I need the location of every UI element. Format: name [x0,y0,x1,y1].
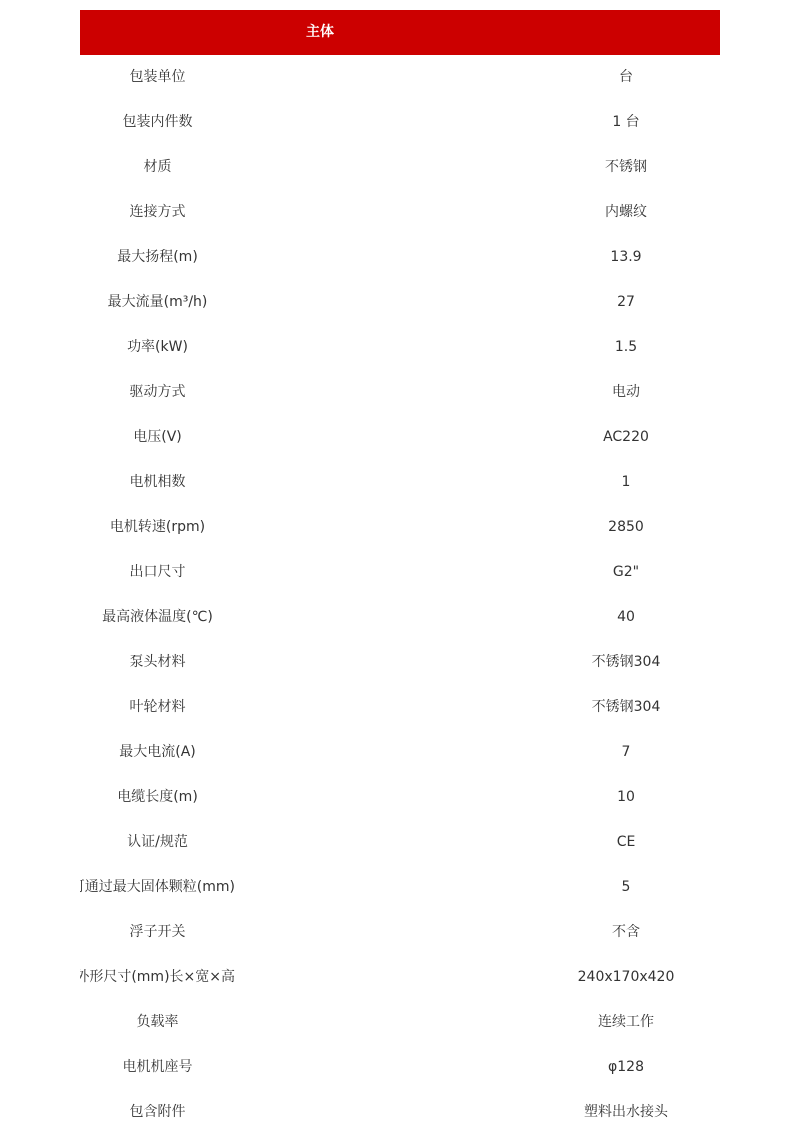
spec-label: 包装内件数 [80,100,235,145]
spec-value: AC220 [566,415,686,460]
spec-label-text: 泵头材料 [130,654,186,670]
table-row: 最大电流(A)7 [80,730,720,775]
spec-label: 电缆长度(m) [80,775,235,820]
table-row: 电机相数1 [80,460,720,505]
table-row: 浮子开关不含 [80,910,720,955]
table-row: 电压(V)AC220 [80,415,720,460]
spec-label: 电机相数 [80,460,235,505]
table-row: 功率(kW)1.5 [80,325,720,370]
table-row: 电缆长度(m)10 [80,775,720,820]
spec-label-text: 浮子开关 [130,924,186,940]
table-row: 最大流量(m³/h)27 [80,280,720,325]
spec-label-text: 可通过最大固体颗粒(mm) [80,879,235,895]
table-body: 包装单位台包装内件数1 台材质不锈钢连接方式内螺纹最大扬程(m)13.9最大流量… [80,55,720,1135]
spec-label-text: 最大扬程(m) [117,249,198,265]
spec-value: 不锈钢304 [566,640,686,685]
spec-label: 包装单位 [80,55,235,100]
table-row: 包装单位台 [80,55,720,100]
spec-label: 包含附件 [80,1090,235,1135]
spec-label: 功率(kW) [80,325,235,370]
spec-label: 泵头材料 [80,640,235,685]
spec-table: 主体 包装单位台包装内件数1 台材质不锈钢连接方式内螺纹最大扬程(m)13.9最… [80,10,720,1135]
spec-value: 13.9 [566,235,686,280]
spec-label-text: 电缆长度(m) [117,789,198,805]
spec-label: 最高液体温度(℃) [80,595,235,640]
spec-label: 连接方式 [80,190,235,235]
table-row: 驱动方式电动 [80,370,720,415]
spec-value: 27 [566,280,686,325]
spec-label: 浮子开关 [80,910,235,955]
spec-label: 驱动方式 [80,370,235,415]
table-row: 电机转速(rpm)2850 [80,505,720,550]
spec-label: 可通过最大固体颗粒(mm) [80,865,235,910]
spec-value: 10 [566,775,686,820]
table-row: 出口尺寸G2" [80,550,720,595]
table-row: 认证/规范CE [80,820,720,865]
spec-value: 不含 [566,910,686,955]
table-row: 连接方式内螺纹 [80,190,720,235]
spec-value: 1 台 [566,100,686,145]
spec-value: 40 [566,595,686,640]
spec-label-text: 最大流量(m³/h) [108,294,208,310]
spec-label: 叶轮材料 [80,685,235,730]
spec-label: 出口尺寸 [80,550,235,595]
spec-label-text: 电机相数 [130,474,186,490]
spec-label: 最大电流(A) [80,730,235,775]
spec-value: G2" [566,550,686,595]
spec-label-text: 最高液体温度(℃) [102,609,213,625]
spec-label-text: 包装内件数 [123,114,193,130]
spec-value: 1.5 [566,325,686,370]
spec-value: φ128 [566,1045,686,1090]
spec-label-text: 叶轮材料 [130,699,186,715]
table-row: 包装内件数1 台 [80,100,720,145]
spec-label-text: 连接方式 [130,204,186,220]
spec-label: 电机转速(rpm) [80,505,235,550]
spec-label-text: 电机机座号 [123,1059,193,1075]
spec-label: 电机机座号 [80,1045,235,1090]
spec-label-text: 认证/规范 [127,834,188,850]
table-row: 包含附件塑料出水接头 [80,1090,720,1135]
spec-label: 认证/规范 [80,820,235,865]
spec-value: 不锈钢 [566,145,686,190]
spec-label-text: 出口尺寸 [130,564,186,580]
table-row: 外形尺寸(mm)长×宽×高240x170x420 [80,955,720,1000]
spec-value: 1 [566,460,686,505]
spec-value: CE [566,820,686,865]
spec-label-text: 电压(V) [133,429,182,445]
spec-label-text: 电机转速(rpm) [110,519,205,535]
table-row: 最高液体温度(℃)40 [80,595,720,640]
spec-label-text: 包含附件 [130,1104,186,1120]
spec-value: 连续工作 [566,1000,686,1045]
spec-value: 7 [566,730,686,775]
table-header-title: 主体 [80,10,560,55]
spec-value: 2850 [566,505,686,550]
table-row: 可通过最大固体颗粒(mm)5 [80,865,720,910]
spec-label: 最大流量(m³/h) [80,280,235,325]
spec-value: 塑料出水接头 [566,1090,686,1135]
table-row: 电机机座号φ128 [80,1045,720,1090]
spec-value: 240x170x420 [566,955,686,1000]
spec-label: 最大扬程(m) [80,235,235,280]
spec-value: 5 [566,865,686,910]
spec-value: 台 [566,55,686,100]
spec-label-text: 功率(kW) [127,339,188,355]
spec-label-text: 外形尺寸(mm)长×宽×高 [80,969,235,985]
table-row: 材质不锈钢 [80,145,720,190]
spec-label-text: 驱动方式 [130,384,186,400]
table-row: 泵头材料不锈钢304 [80,640,720,685]
spec-value: 不锈钢304 [566,685,686,730]
table-row: 叶轮材料不锈钢304 [80,685,720,730]
spec-label-text: 包装单位 [130,69,186,85]
table-row: 负载率连续工作 [80,1000,720,1045]
spec-label-text: 负载率 [137,1014,179,1030]
spec-label: 材质 [80,145,235,190]
table-row: 最大扬程(m)13.9 [80,235,720,280]
spec-label: 负载率 [80,1000,235,1045]
spec-label-text: 材质 [144,159,172,175]
spec-value: 电动 [566,370,686,415]
spec-label-text: 最大电流(A) [119,744,196,760]
spec-value: 内螺纹 [566,190,686,235]
spec-label: 电压(V) [80,415,235,460]
table-header: 主体 [80,10,720,55]
spec-label: 外形尺寸(mm)长×宽×高 [80,955,235,1000]
